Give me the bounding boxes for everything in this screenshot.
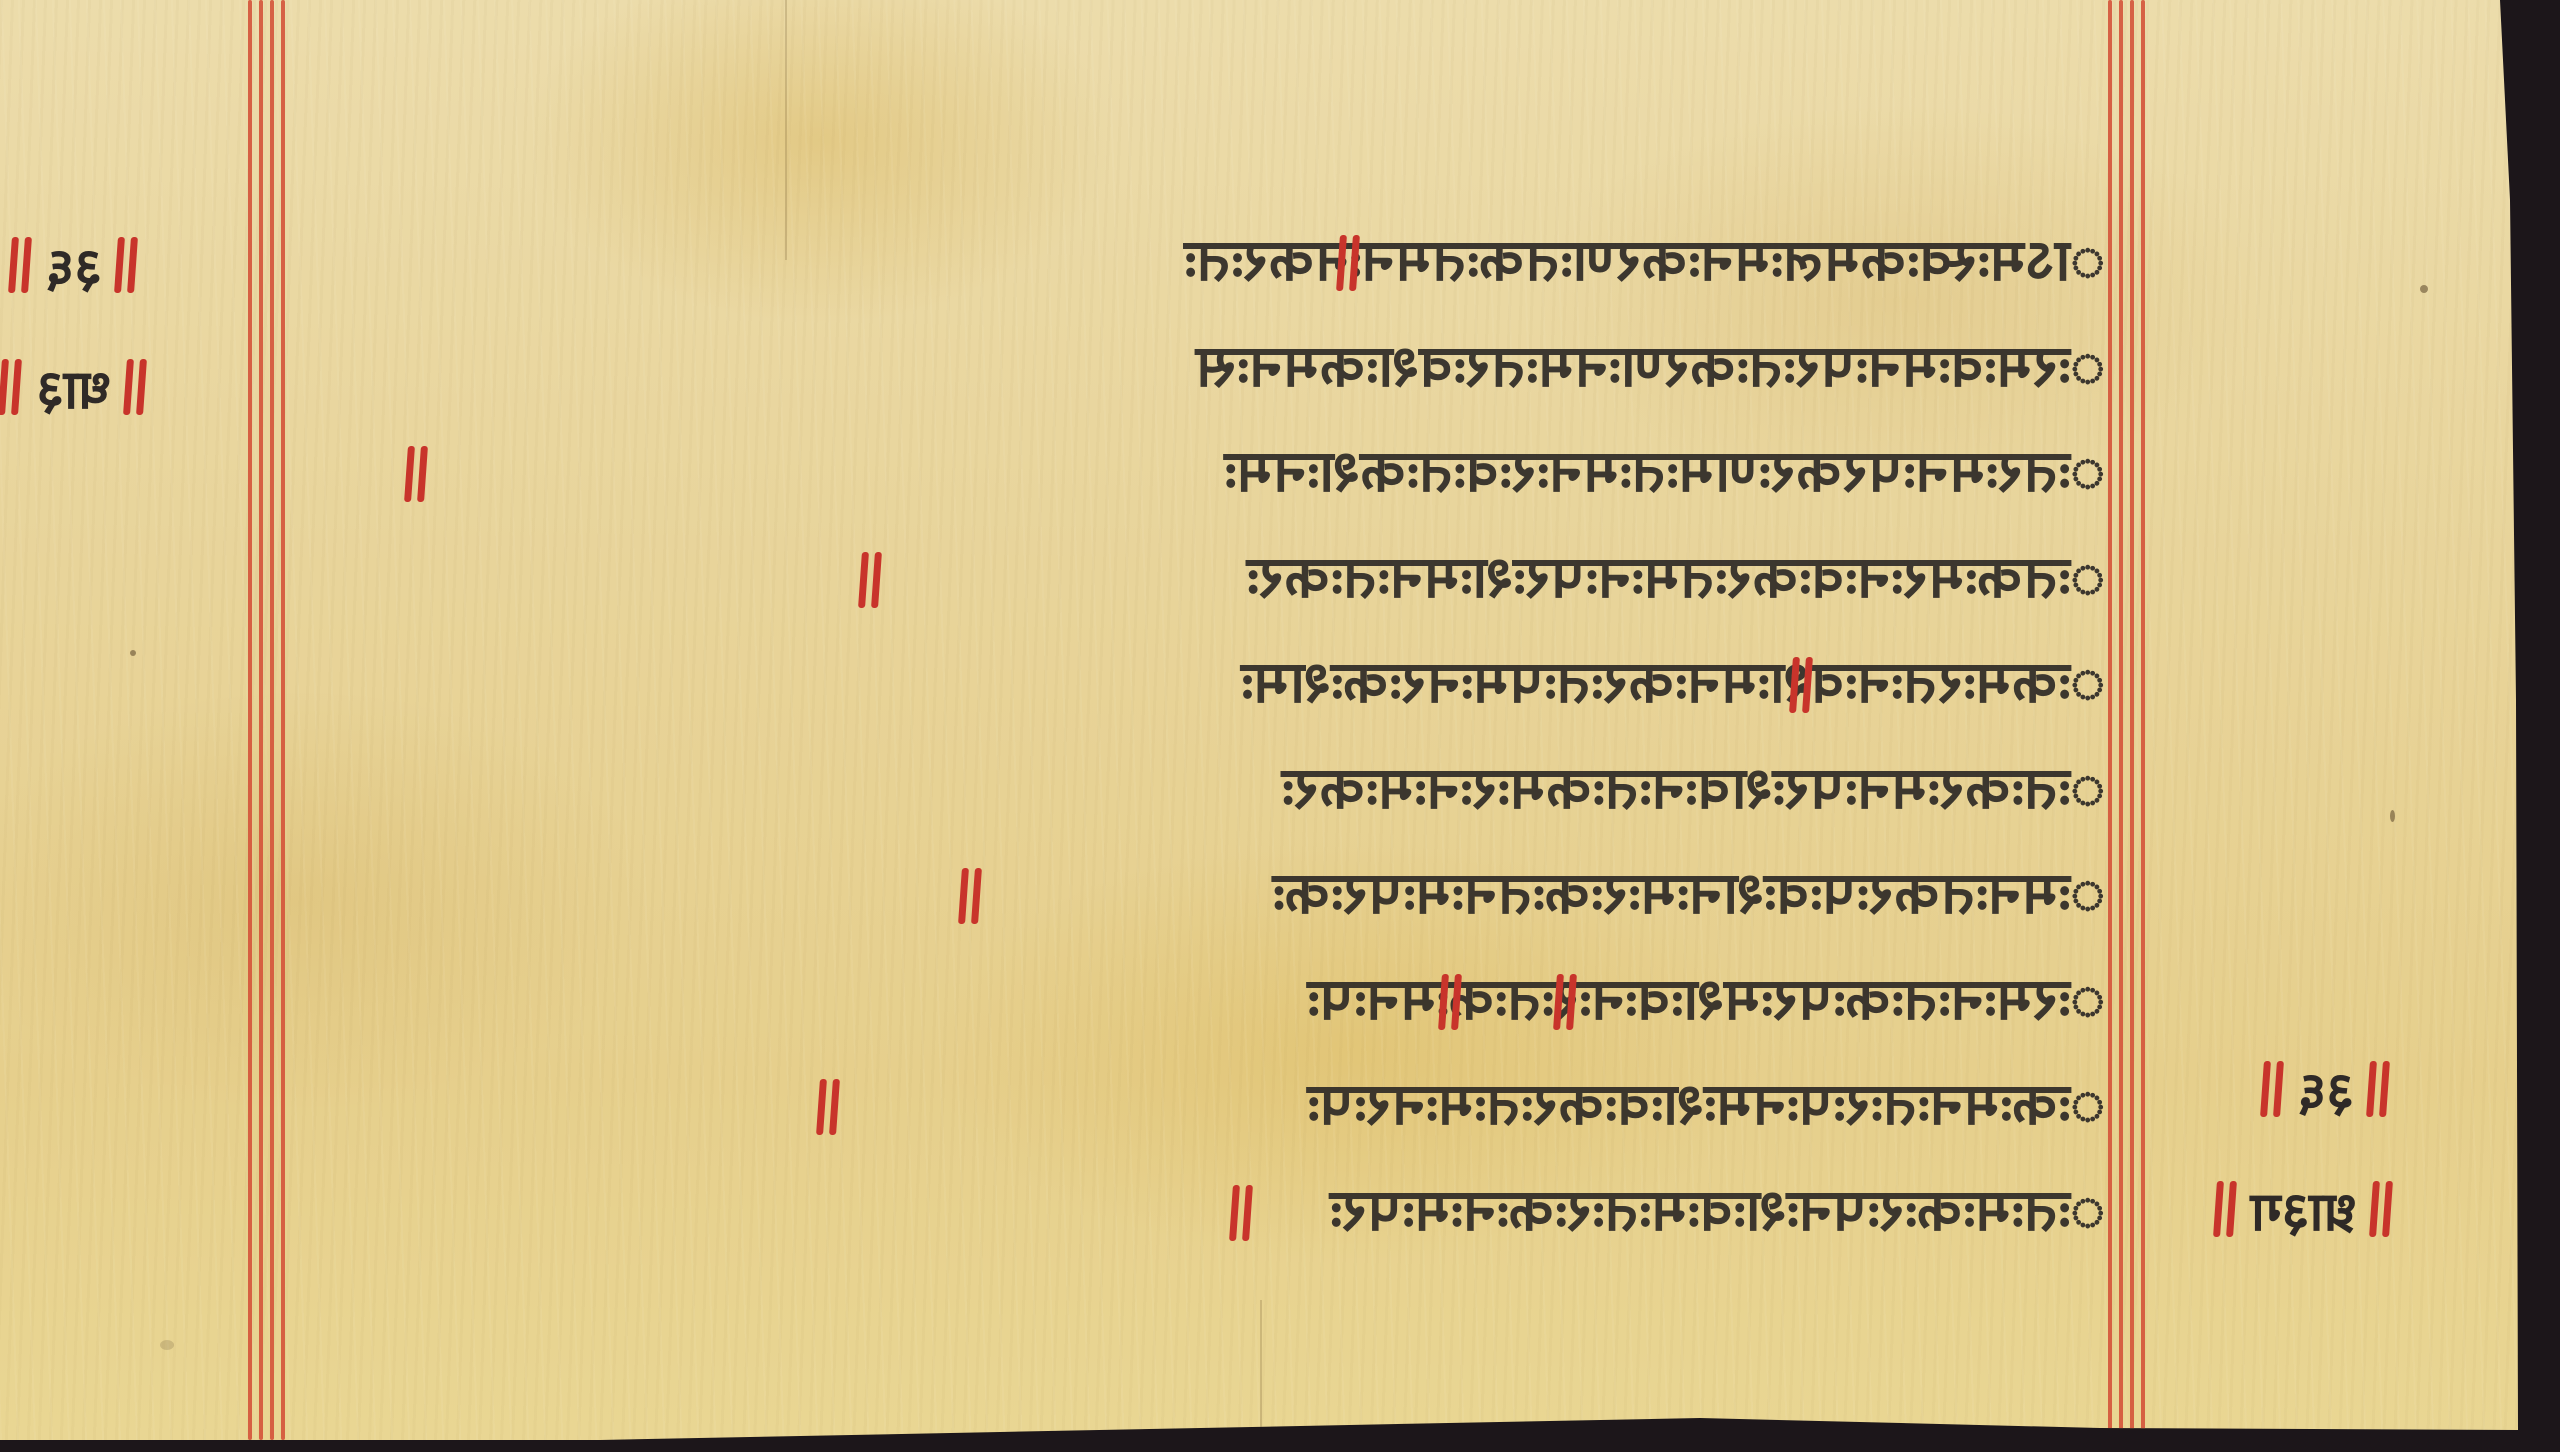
folio-number: ३६ [2298, 1052, 2354, 1126]
red-double-danda [2262, 1061, 2284, 1117]
left-margin-rules [248, 0, 285, 1440]
rule-line [270, 0, 274, 1440]
rule-line [2119, 0, 2123, 1440]
script-line: ाऽमःस्वःकमलःमनःकरणःतकःतमनःनकरःतः [290, 218, 2105, 297]
text-line-1: ाऽमःस्वःकमलःमनःकरणःतकःतमनःनकरःतः [290, 205, 2105, 311]
left-margin-label-1: ३६ [10, 228, 138, 302]
rule-line [2141, 0, 2145, 1440]
manuscript-photo: ३६ धा३ ३६ ध्रा३ग ाऽमःस्वःकमलःमनःकरणःतकःत… [0, 0, 2560, 1452]
red-double-danda [2371, 1181, 2393, 1237]
script-line: ःमनःतकरःपःवःशनःमःरःकःतनःमःपरःकः [290, 851, 2105, 930]
red-double-danda [2215, 1181, 2237, 1237]
rule-line [248, 0, 252, 1440]
rule-line [281, 0, 285, 1440]
folio-number: ३६ [46, 228, 102, 302]
script-line: ःकमःरतःनःवशःमनःकरःतःपमःनरःकःशमः [290, 640, 2105, 719]
red-double-danda [1791, 657, 1813, 713]
paper-speck [2390, 810, 2395, 822]
red-double-danda [1231, 1185, 1253, 1241]
red-double-danda [2368, 1061, 2390, 1117]
folio-title-abbrev: ध्रा३ग [2251, 1172, 2357, 1246]
red-double-danda [1555, 974, 1577, 1030]
text-line-7: ःमनःतकरःपःवःशनःमःरःकःतनःमःपरःकः [290, 838, 2105, 944]
text-line-8: ःरमःनःतःकःपरःमशःवःनःरःतःकःमनःपः [290, 944, 2105, 1050]
right-margin-rules [2108, 0, 2145, 1440]
script-line: ःतकःमरःनःवःकरःतमःनःपरःशःमनःतःकरः [290, 535, 2105, 614]
paper-speck [130, 650, 136, 656]
red-double-danda [960, 868, 982, 924]
script-line: ःतःमःकःरःपनःशःवःमःतःरःकःनःमःपरः [290, 1168, 2105, 1247]
red-double-danda [860, 552, 882, 608]
red-double-danda [818, 1079, 840, 1135]
paper-crease [1260, 1300, 1262, 1440]
text-line-9: ःकःमनःतःरःपःनमःशःवःकरःतःमःनरःपः [290, 1049, 2105, 1155]
red-double-danda [1338, 235, 1360, 291]
red-double-danda [406, 446, 428, 502]
folio-title-abbrev: धा३ [36, 350, 111, 424]
text-line-10: ःतःमःकःरःपनःशःवःमःतःरःकःनःमःपरः [290, 1155, 2105, 1261]
right-margin-label-2: ध्रा३ग [2215, 1172, 2393, 1246]
paper-speck [2420, 285, 2428, 293]
script-line: ःतरःमनःपरकरःणमःतःमनःरःवःतःकशःनमः [290, 429, 2105, 508]
red-double-danda [1440, 974, 1462, 1030]
text-line-3: ःतरःमनःपरकरःणमःतःमनःरःवःतःकशःनमः [290, 416, 2105, 522]
rule-line [2130, 0, 2134, 1440]
rule-line [259, 0, 263, 1440]
script-line: ःरमःनःतःकःपरःमशःवःनःरःतःकःमनःपः [290, 957, 2105, 1036]
script-line: ःतःकरःमनःपरःशवःनःतःकमःरःनःमःकरः [290, 746, 2105, 825]
right-margin-label-1: ३६ [2262, 1052, 2390, 1126]
script-line: ःकःमनःतःरःपःनमःशःवःकरःतःमःनरःपः [290, 1062, 2105, 1141]
text-line-5: ःकमःरतःनःवशःमनःकरःतःपमःनरःकःशमः [290, 627, 2105, 733]
red-double-danda [125, 359, 147, 415]
paper-stain [160, 1340, 174, 1350]
text-line-2: ःरमःवःमनःपरःतःकरणःनमःतरःवशःकमनःस [290, 311, 2105, 417]
red-double-danda [0, 359, 22, 415]
manuscript-text-block: ाऽमःस्वःकमलःमनःकरणःतकःतमनःनकरःतः ःरमःवःम… [290, 205, 2105, 1260]
red-double-danda [10, 237, 32, 293]
text-line-4: ःतकःमरःनःवःकरःतमःनःपरःशःमनःतःकरः [290, 522, 2105, 628]
red-double-danda [116, 237, 138, 293]
script-line: ःरमःवःमनःपरःतःकरणःनमःतरःवशःकमनःस [290, 324, 2105, 403]
text-line-6: ःतःकरःमनःपरःशवःनःतःकमःरःनःमःकरः [290, 733, 2105, 839]
manuscript-folio: ३६ धा३ ३६ ध्रा३ग ाऽमःस्वःकमलःमनःकरणःतकःत… [0, 0, 2518, 1440]
left-margin-label-2: धा३ [0, 350, 147, 424]
rule-line [2108, 0, 2112, 1440]
